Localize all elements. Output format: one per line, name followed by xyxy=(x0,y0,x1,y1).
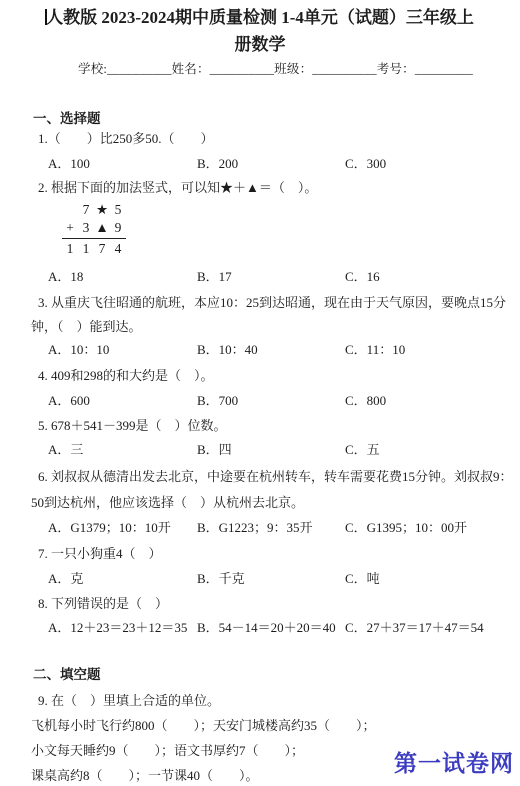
question-9-unit-line-1: 飞机每小时飞行约800（ ）；天安门城楼高约35（ ）； xyxy=(31,717,376,734)
option-a: A．G1379；10：10开 xyxy=(48,519,171,536)
option-a: A．12＋23＝23＋12＝35 xyxy=(48,619,187,636)
option-c: C．G1395；10：00开 xyxy=(345,519,467,536)
section-heading-choice: 一、选择题 xyxy=(33,110,101,127)
option-a: A．18 xyxy=(48,268,83,285)
addition-cell: 7 xyxy=(78,201,94,218)
question-8-stem: 8. 下列错误的是（ ） xyxy=(38,595,168,612)
option-a: A．10：10 xyxy=(48,341,109,358)
addition-cell: 7 xyxy=(94,240,110,257)
page-title-line-2: 册数学 xyxy=(0,35,520,55)
option-b: B．700 xyxy=(197,392,238,409)
option-b: B．54－14＝20＋20＝40 xyxy=(197,619,336,636)
question-6-stem-line-2: 50到达杭州，他应该选择（ ）从杭州去北京。 xyxy=(31,494,304,511)
question-2-options: A．18 B．17 C．16 xyxy=(0,268,520,285)
section-heading-fill: 二、填空题 xyxy=(33,666,101,683)
addition-cell: 3 xyxy=(78,219,94,236)
question-7-options: A．克 B．千克 C．吨 xyxy=(0,570,520,587)
question-9-unit-line-2: 小文每天睡约9（ ）；语文书厚约7（ ）； xyxy=(31,742,304,759)
addition-cell: 9 xyxy=(110,219,126,236)
question-6-stem-line-1: 6. 刘叔叔从德清出发去北京，中途要在杭州转车，转车需要花费15分钟。刘叔叔9： xyxy=(38,468,513,485)
option-c: C．27＋37＝17＋47＝54 xyxy=(345,619,484,636)
option-b: B．200 xyxy=(197,155,238,172)
option-b: B．17 xyxy=(197,268,232,285)
option-c: C．16 xyxy=(345,268,380,285)
option-b: B．千克 xyxy=(197,570,245,587)
option-a: A．100 xyxy=(48,155,90,172)
star-symbol: ★ xyxy=(94,201,110,218)
question-8-options: A．12＋23＝23＋12＝35 B．54－14＝20＋20＝40 C．27＋3… xyxy=(0,619,520,636)
option-c: C．300 xyxy=(345,155,386,172)
question-4-stem: 4. 409和298的和大约是（ ）。 xyxy=(38,367,214,384)
question-3-options: A．10：10 B．10：40 C．11：10 xyxy=(0,341,520,358)
watermark: 第一试卷网 xyxy=(394,745,514,778)
option-a: A．600 xyxy=(48,392,90,409)
question-2-stem: 2. 根据下面的加法竖式，可以知★＋▲＝（ ）。 xyxy=(38,179,317,196)
option-a: A．三 xyxy=(48,441,83,458)
question-4-options: A．600 B．700 C．800 xyxy=(0,392,520,409)
addition-cell: 1 xyxy=(78,240,94,257)
option-c: C．五 xyxy=(345,441,380,458)
addition-addend-row-1: 7 ★ 5 xyxy=(62,201,126,218)
addition-cell: 4 xyxy=(110,240,126,257)
option-b: B．G1223；9：35开 xyxy=(197,519,313,536)
student-info-line: 学校:__________姓名：__________班级：__________考… xyxy=(78,61,473,78)
question-1-stem: 1.（ ）比250多50.（ ） xyxy=(38,130,214,147)
question-3-stem-line-1: 3. 从重庆飞往昭通的航班，本应10：25到达昭通，现在由于天气原因，要晚点15… xyxy=(38,294,506,311)
exam-paper-page: 人教版 2023-2024期中质量检测 1-4单元（试题）三年级上 册数学 学校… xyxy=(0,0,520,786)
addition-cell: 1 xyxy=(62,240,78,257)
addition-addend-row-2: + 3 ▲ 9 xyxy=(62,219,126,239)
option-c: C．11：10 xyxy=(345,341,405,358)
option-a: A．克 xyxy=(48,570,83,587)
question-6-options: A．G1379；10：10开 B．G1223；9：35开 C．G1395；10：… xyxy=(0,519,520,536)
question-9-stem: 9. 在（ ）里填上合适的单位。 xyxy=(38,692,220,709)
addition-cell xyxy=(62,201,78,218)
question-5-options: A．三 B．四 C．五 xyxy=(0,441,520,458)
page-title-line-1: 人教版 2023-2024期中质量检测 1-4单元（试题）三年级上 xyxy=(0,8,520,28)
option-b: B．四 xyxy=(197,441,232,458)
plus-sign: + xyxy=(62,219,78,236)
question-1-options: A．100 B．200 C．300 xyxy=(0,155,520,172)
question-9-unit-line-3: 课桌高约8（ ）；一节课40（ ）。 xyxy=(31,767,259,784)
triangle-symbol: ▲ xyxy=(94,219,110,236)
addition-worksheet: 7 ★ 5 + 3 ▲ 9 1 1 7 4 xyxy=(62,201,126,257)
question-3-stem-line-2: 钟，（ ）能到达。 xyxy=(31,318,142,335)
option-c: C．800 xyxy=(345,392,386,409)
option-c: C．吨 xyxy=(345,570,380,587)
question-7-stem: 7. 一只小狗重4（ ） xyxy=(38,545,162,562)
option-b: B．10：40 xyxy=(197,341,258,358)
question-5-stem: 5. 678＋541－399是（ ）位数。 xyxy=(38,417,227,434)
addition-cell: 5 xyxy=(110,201,126,218)
addition-sum-row: 1 1 7 4 xyxy=(62,240,126,257)
